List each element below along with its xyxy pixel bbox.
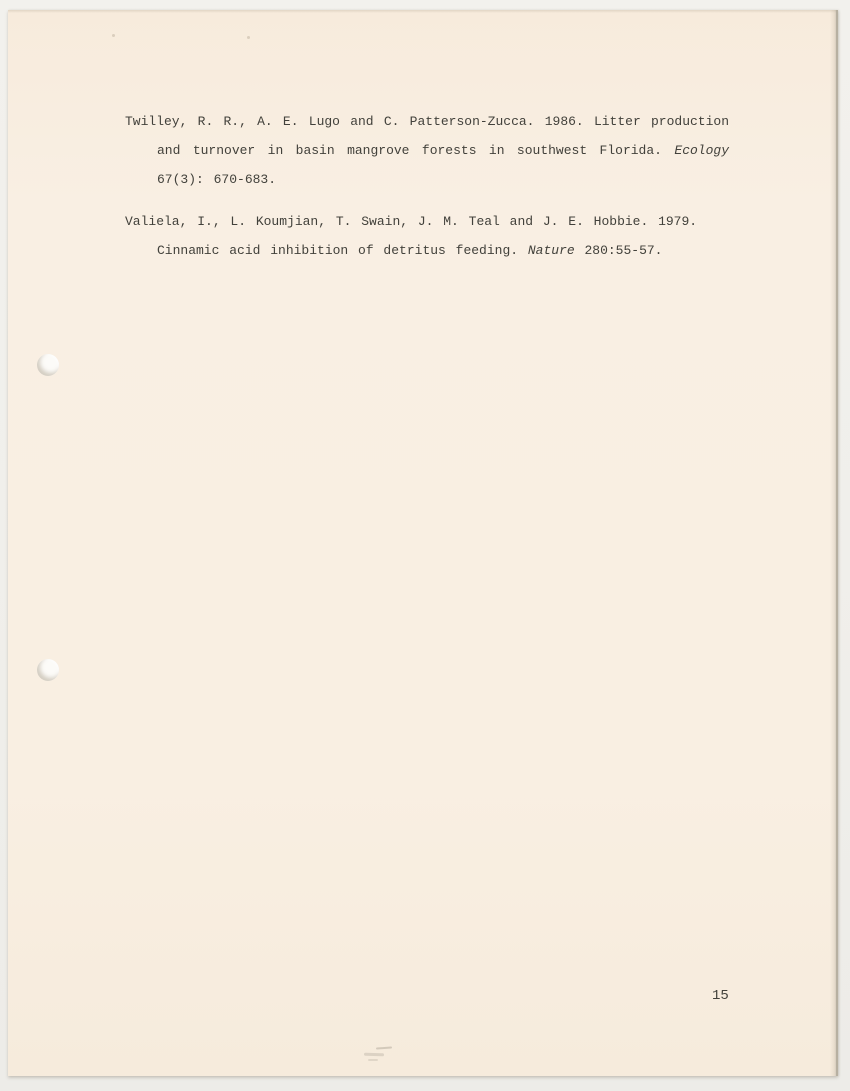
document-page: Twilley, R. R., A. E. Lugo and C. Patter… — [8, 10, 838, 1076]
paper-speck — [112, 34, 115, 37]
page-number: 15 — [712, 986, 729, 1006]
reference-text: 280:55-57. — [575, 243, 663, 258]
references-list: Twilley, R. R., A. E. Lugo and C. Patter… — [125, 107, 729, 278]
reference-entry: Valiela, I., L. Koumjian, T. Swain, J. M… — [125, 207, 729, 265]
reference-text: 67(3): 670-683. — [157, 172, 276, 187]
journal-name: Ecology — [674, 143, 729, 158]
punch-hole-top — [37, 354, 59, 376]
reference-entry: Twilley, R. R., A. E. Lugo and C. Patter… — [125, 107, 729, 194]
punch-hole-bottom — [37, 659, 59, 681]
scanned-document-background: Twilley, R. R., A. E. Lugo and C. Patter… — [0, 0, 850, 1091]
journal-name: Nature — [528, 243, 575, 258]
reference-text: Twilley, R. R., A. E. Lugo and C. Patter… — [125, 114, 729, 158]
pencil-smudge — [360, 1036, 408, 1062]
paper-speck — [247, 36, 250, 39]
